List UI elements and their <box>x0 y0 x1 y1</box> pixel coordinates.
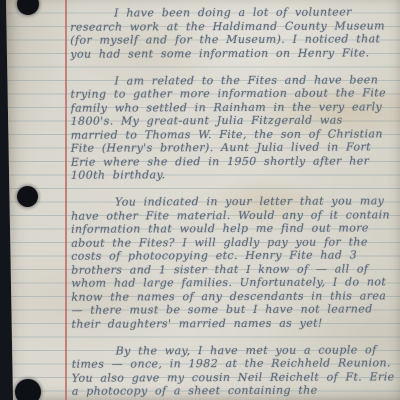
punch-hole-bottom <box>15 379 41 400</box>
letter-paper: I have been doing a lot of volunteer res… <box>0 0 400 400</box>
scanned-letter-page: I have been doing a lot of volunteer res… <box>0 0 400 400</box>
letter-paragraph-4: By the way, I have met you a couple of t… <box>72 343 395 398</box>
punch-hole-middle <box>17 186 38 207</box>
letter-paragraph-3: You indicated in your letter that you ma… <box>71 194 395 330</box>
letter-paragraph-2: I am related to the Fites and have been … <box>70 73 393 182</box>
letter-paragraph-1: I have been doing a lot of volunteer res… <box>70 5 393 60</box>
margin-rule-line <box>65 0 67 400</box>
letter-body: I have been doing a lot of volunteer res… <box>70 5 395 400</box>
